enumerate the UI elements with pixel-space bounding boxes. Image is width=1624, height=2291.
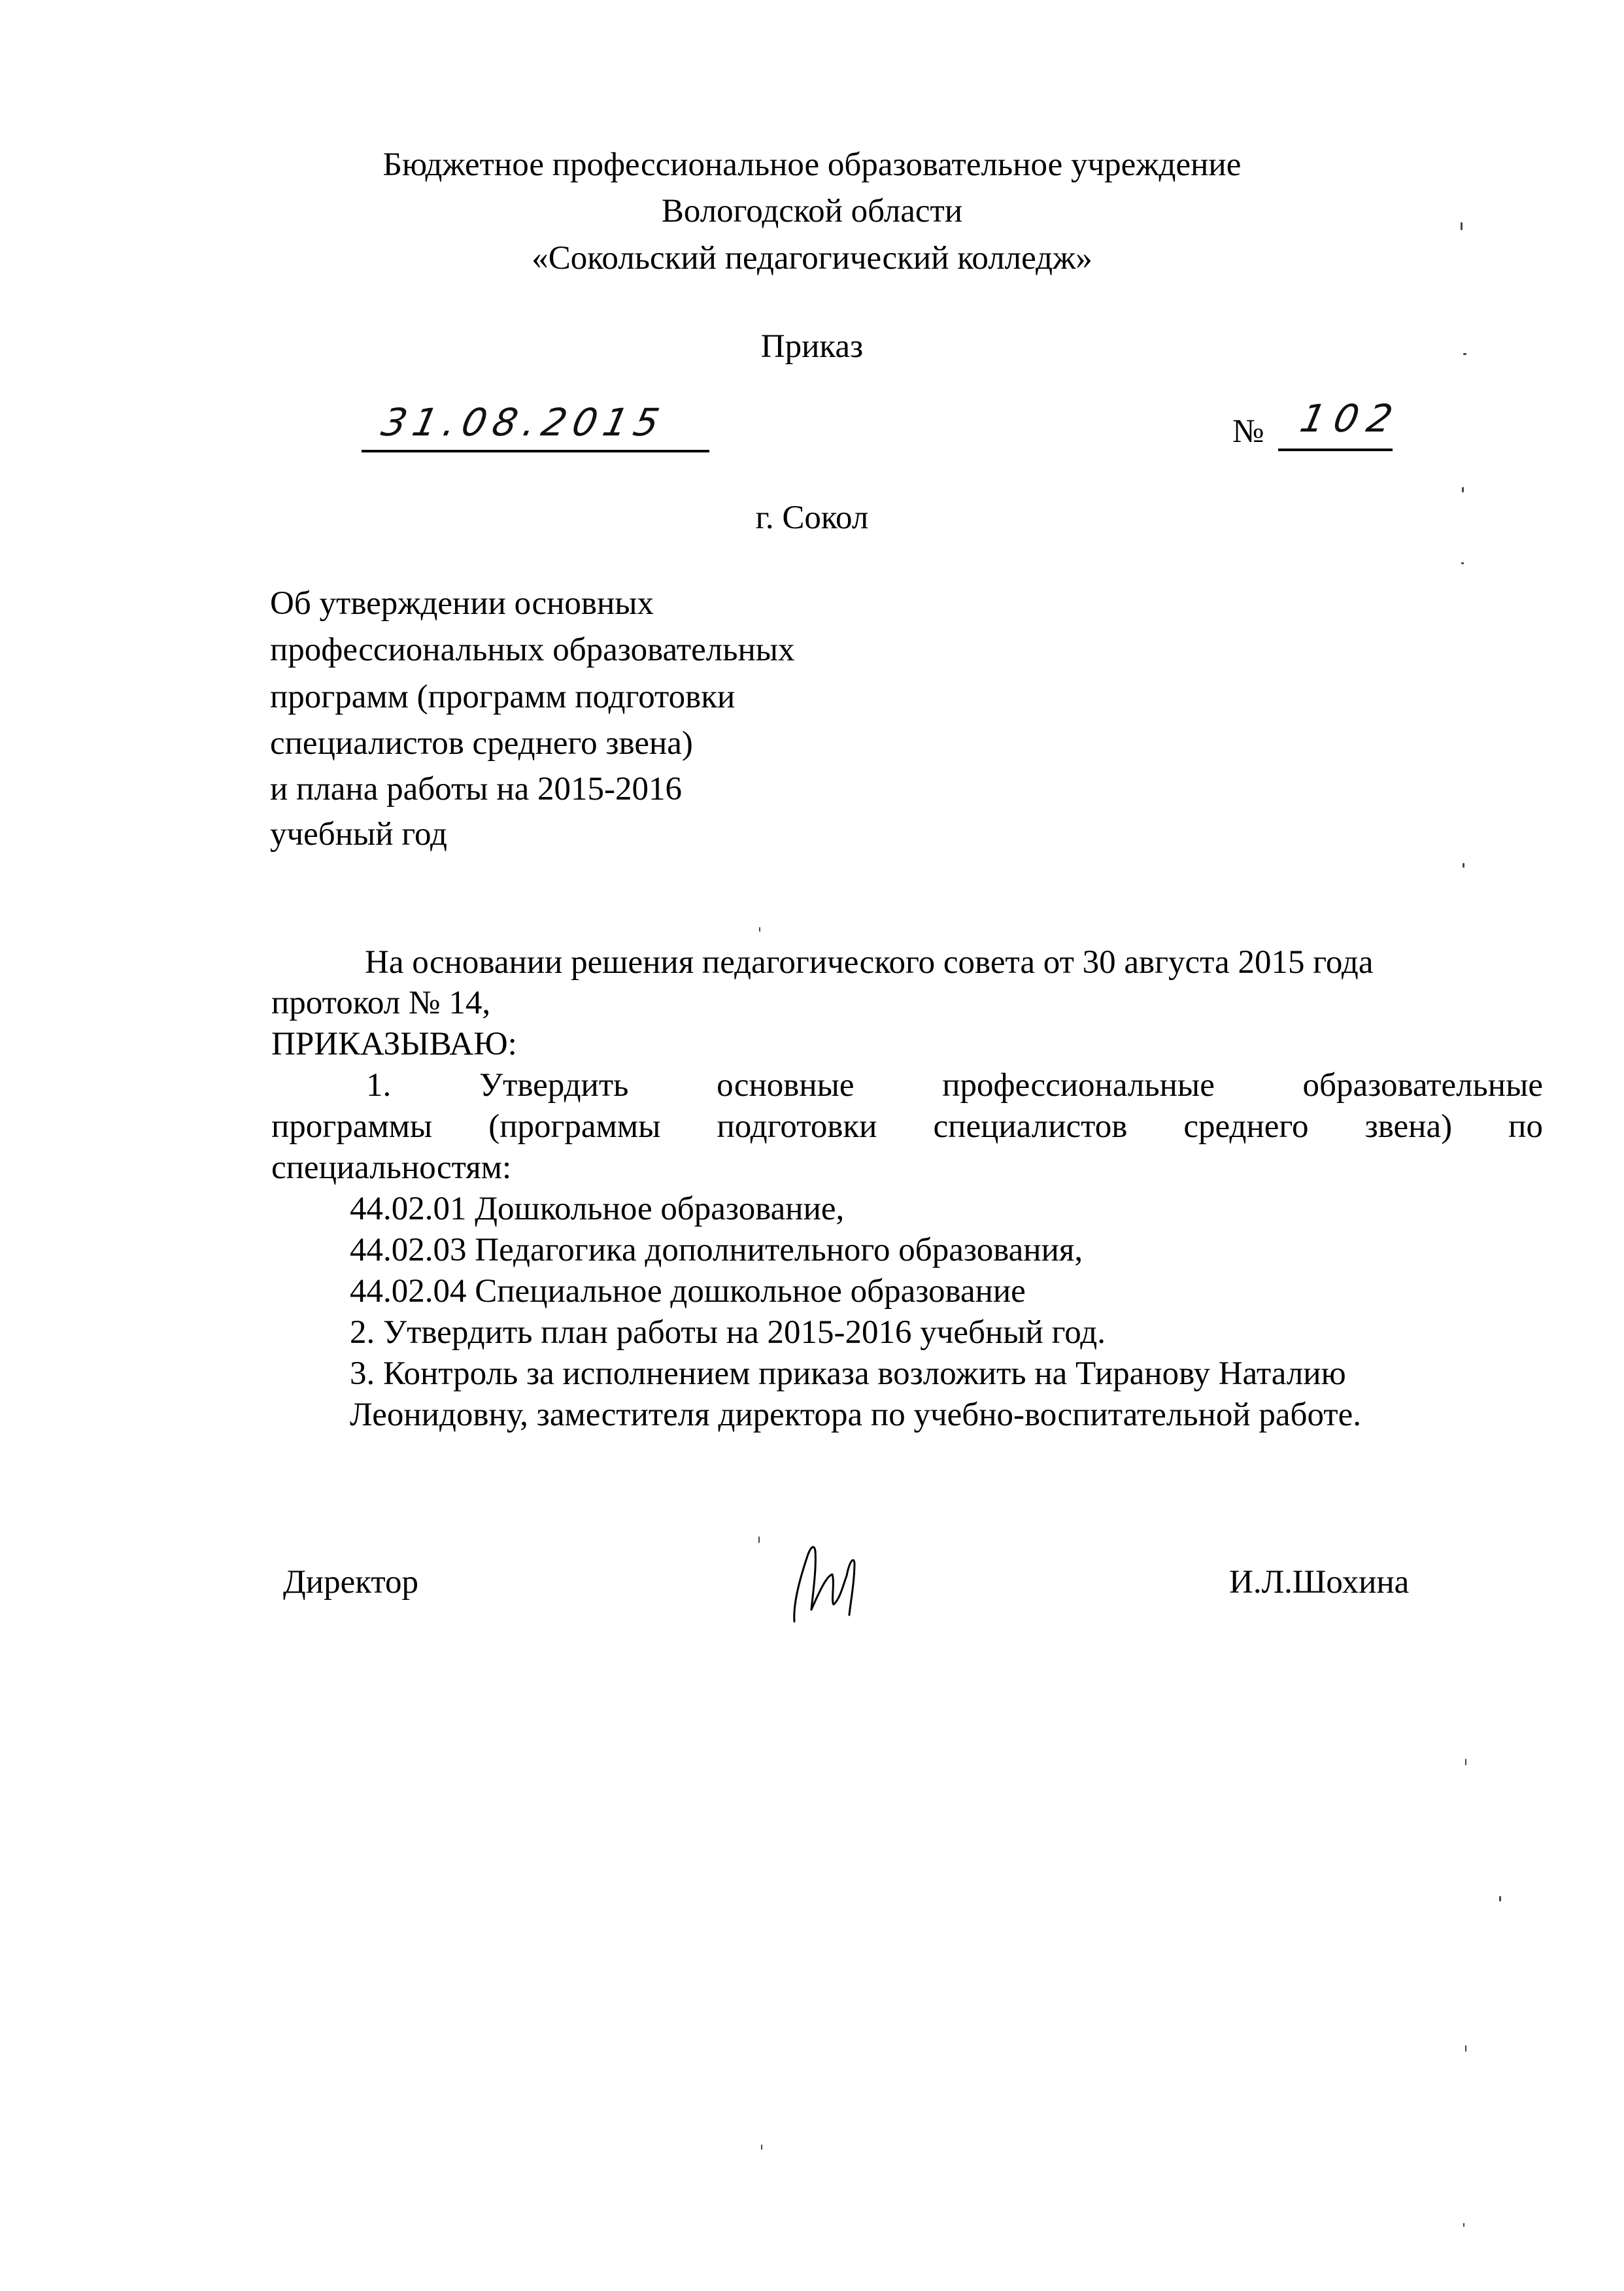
city: г. Сокол	[0, 498, 1624, 537]
item-3-line-2: Леонидовну, заместителя директора по уче…	[350, 1395, 1361, 1434]
signature-icon	[781, 1536, 886, 1628]
scan-speck	[759, 927, 760, 932]
institution-line-2: Вологодской области	[0, 192, 1624, 231]
subject-line-5: и плана работы на 2015-2016	[270, 770, 682, 809]
scan-speck	[761, 2145, 762, 2150]
number-label: №	[1232, 412, 1264, 451]
item-2: 2. Утвердить план работы на 2015-2016 уч…	[350, 1313, 1106, 1352]
subject-line-4: специалистов среднего звена)	[270, 724, 693, 763]
basis-line-2: протокол № 14,	[271, 983, 490, 1023]
scan-speck	[1463, 353, 1466, 355]
handwritten-number: 102	[1296, 396, 1406, 441]
scan-speck	[1499, 1896, 1501, 1901]
subject-line-6: учебный год	[270, 815, 447, 854]
subject-line-3: программ (программ подготовки	[270, 677, 735, 717]
item-1-word: звена)	[1365, 1107, 1452, 1146]
item-1-word: 1.	[366, 1066, 391, 1105]
subject-line-1: Об утверждении основных	[270, 584, 654, 623]
item-1-word: среднего	[1183, 1107, 1308, 1146]
item-1-word: образовательные	[1303, 1066, 1543, 1105]
institution-line-3: «Сокольский педагогический колледж»	[0, 239, 1624, 278]
order-word: ПРИКАЗЫВАЮ:	[271, 1025, 517, 1064]
item-1-word: по	[1508, 1107, 1543, 1146]
item-1-word: подготовки	[717, 1107, 877, 1146]
specialty-3: 44.02.04 Специальное дошкольное образова…	[350, 1272, 1026, 1311]
scan-speck	[1463, 2223, 1464, 2227]
institution-line-1: Бюджетное профессиональное образовательн…	[0, 145, 1624, 184]
item-1-word: Утвердить	[479, 1066, 628, 1105]
scan-speck	[1462, 487, 1464, 492]
item-1-line-2: программы (программы подготовки специали…	[271, 1107, 1543, 1146]
item-1-word: профессиональные	[942, 1066, 1215, 1105]
item-3-line-1: 3. Контроль за исполнением приказа возло…	[350, 1354, 1346, 1393]
number-underline	[1278, 449, 1393, 451]
scan-speck	[1465, 2045, 1466, 2052]
subject-line-2: профессиональных образовательных	[270, 630, 795, 670]
scan-speck	[1465, 1759, 1466, 1765]
scan-speck	[1461, 562, 1464, 564]
handwritten-date: 31.08.2015	[378, 400, 670, 445]
scan-speck	[1461, 222, 1463, 230]
specialty-1: 44.02.01 Дошкольное образование,	[350, 1189, 844, 1229]
scan-speck	[1463, 863, 1464, 868]
date-underline	[362, 450, 709, 452]
signatory-position: Директор	[283, 1563, 418, 1602]
signatory-name: И.Л.Шохина	[1229, 1563, 1409, 1602]
item-1-line-3: специальностям:	[271, 1148, 511, 1187]
item-1-word: основные	[717, 1066, 854, 1105]
specialty-2: 44.02.03 Педагогика дополнительного обра…	[350, 1230, 1083, 1270]
item-1-word: (программы	[488, 1107, 660, 1146]
item-1-word: программы	[271, 1107, 432, 1146]
item-1-line-1: 1. Утвердить основные профессиональные о…	[366, 1066, 1543, 1105]
document-page: Бюджетное профессиональное образовательн…	[0, 0, 1624, 2291]
scan-speck	[758, 1536, 760, 1543]
document-type-title: Приказ	[0, 327, 1624, 366]
item-1-word: специалистов	[934, 1107, 1128, 1146]
basis-line-1: На основании решения педагогического сов…	[365, 943, 1373, 982]
